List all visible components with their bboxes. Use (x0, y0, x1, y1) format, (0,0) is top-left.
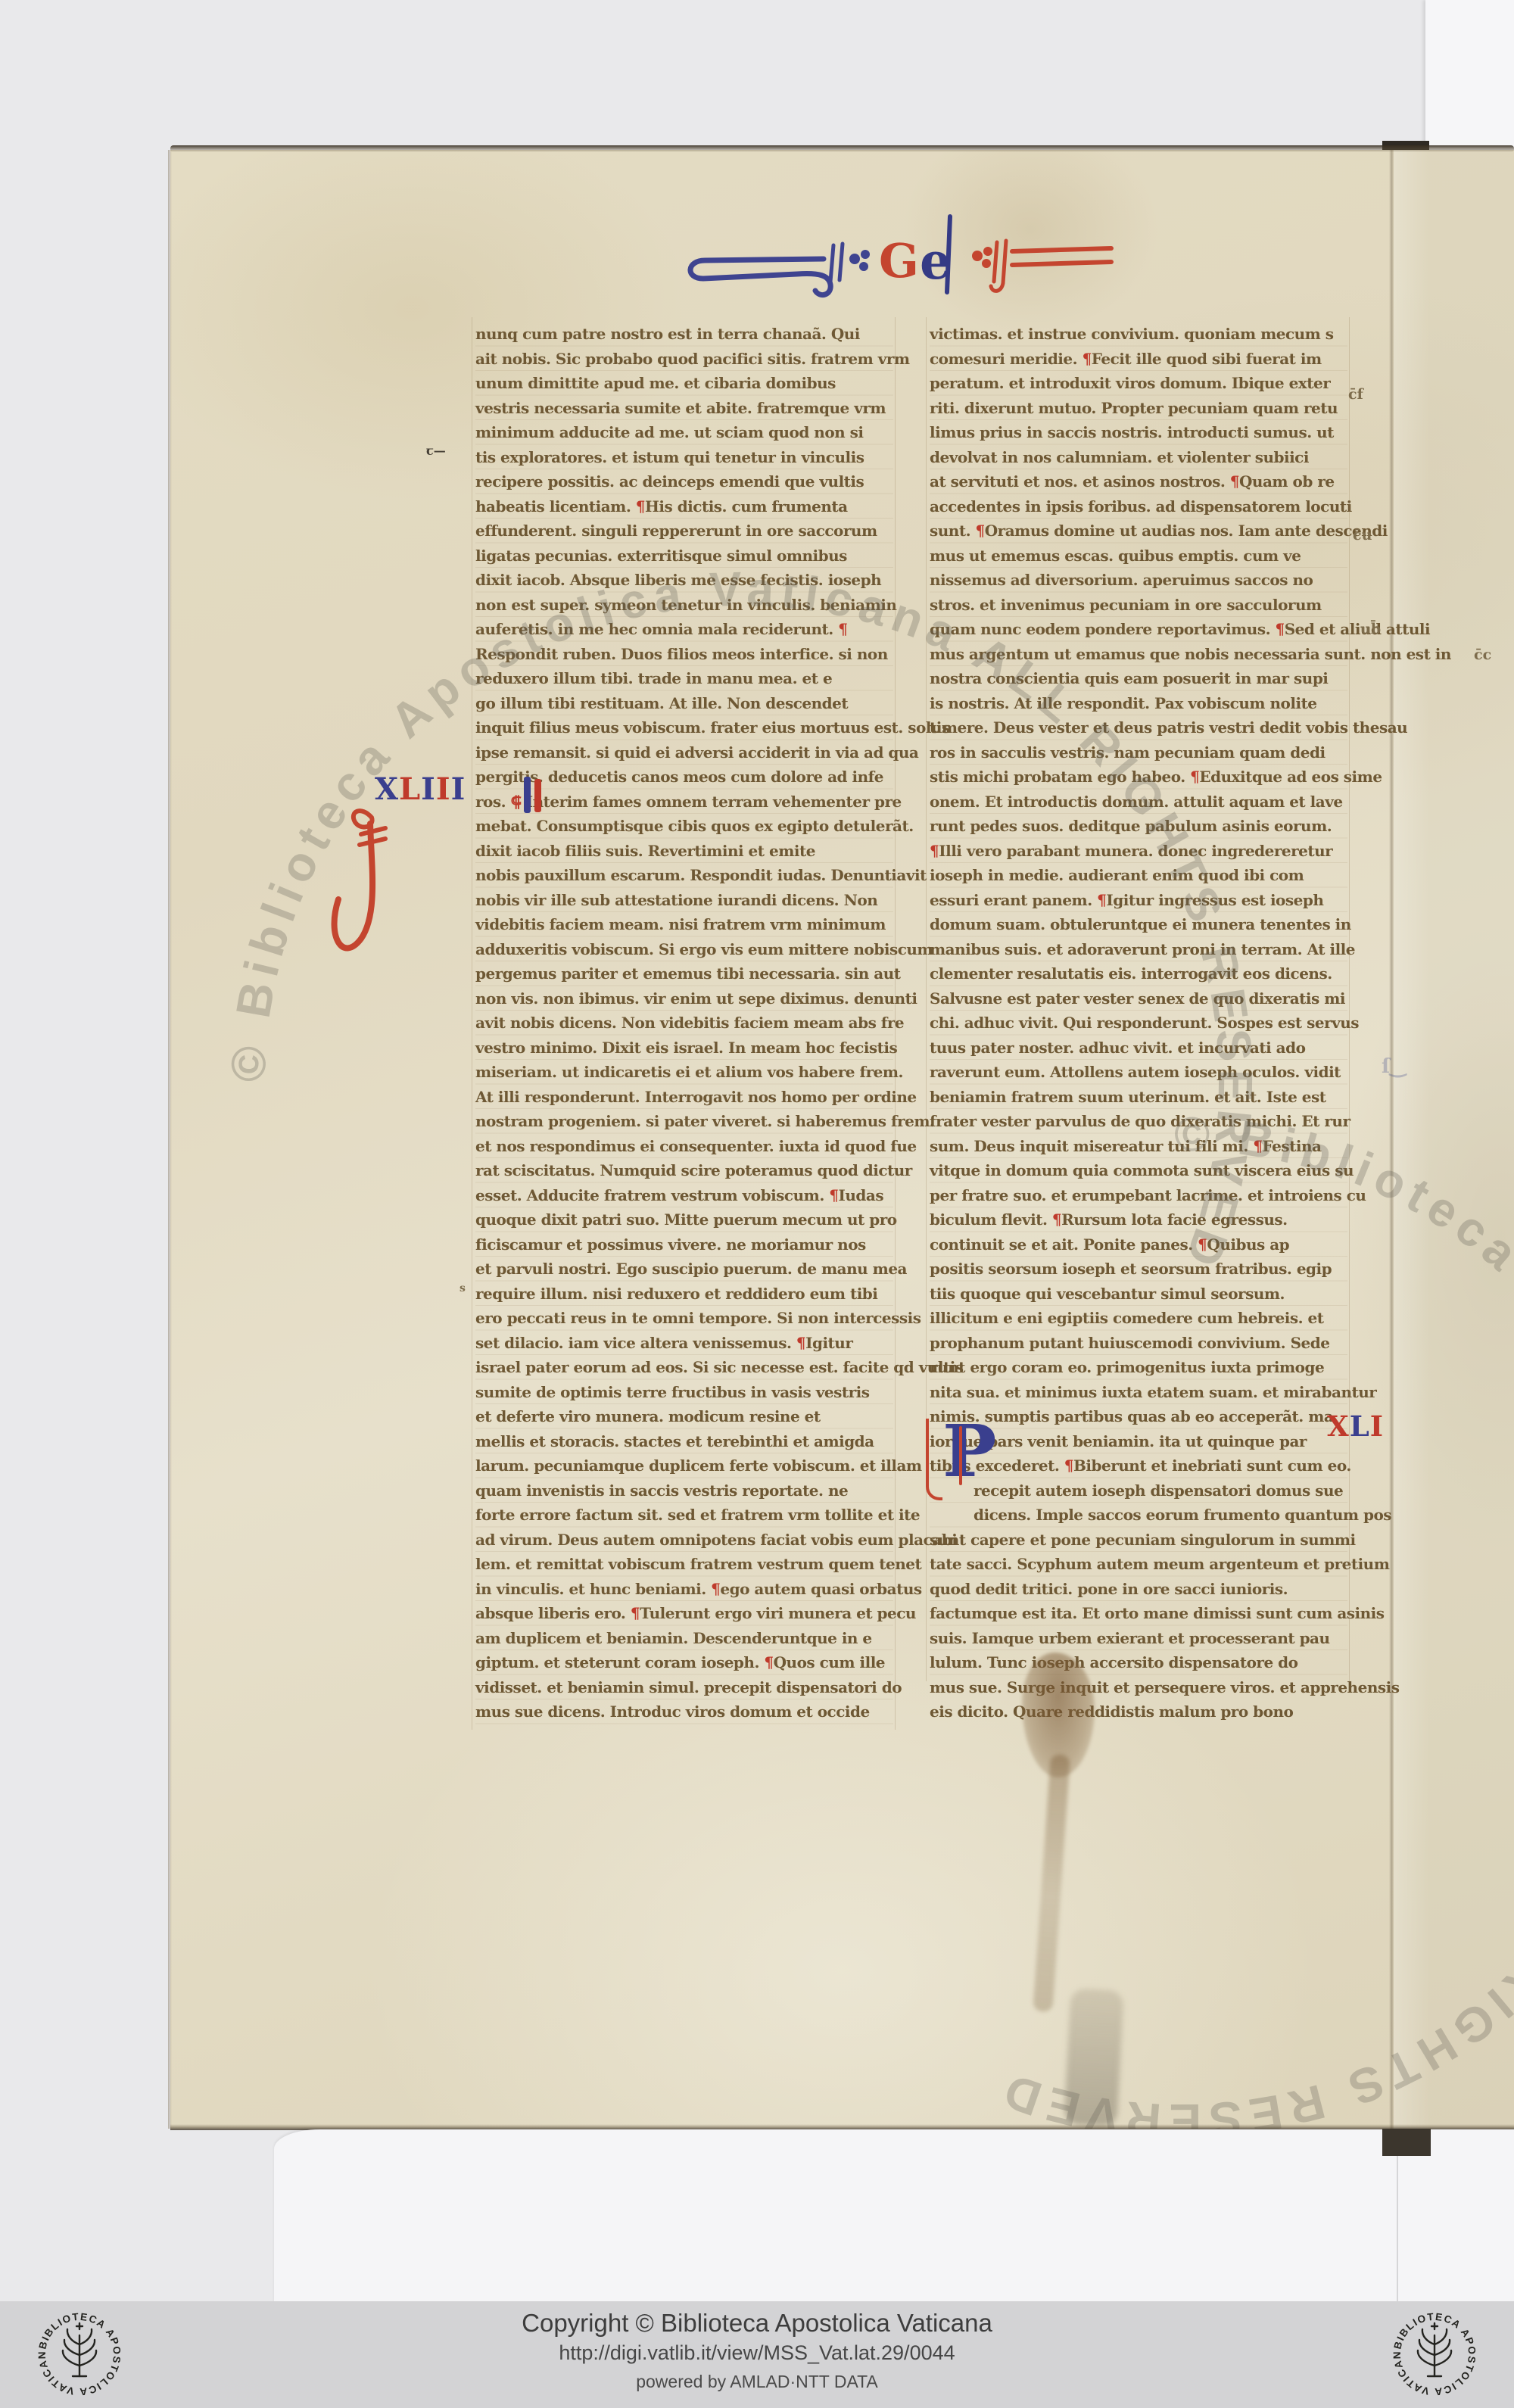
chapter-43-initial-i (522, 777, 548, 815)
svg-text:BIBLIOTECA APOSTOLICA VATICANA: BIBLIOTECA APOSTOLICA VATICANA (32, 2307, 123, 2397)
manuscript-text-line: at servituti et nos. et asinos nostros. … (930, 469, 1347, 494)
manuscript-text-line: frater vester parvulus de quo dixeratis … (930, 1109, 1347, 1134)
margin-gloss-4: c̄c (1474, 646, 1491, 663)
page-left-edge (168, 150, 172, 2129)
manuscript-text-line: ros in sacculis vestris. nam pecuniam qu… (930, 740, 1347, 765)
manuscript-text-line: factumque est ita. Et orto mane dimissi … (930, 1601, 1347, 1626)
manuscript-text-line: sunt. ¶Oramus domine ut audias nos. Iam … (930, 519, 1347, 544)
manuscript-text-line: peratum. et introduxit viros domum. Ibiq… (930, 371, 1347, 396)
manuscript-text-line: nostram progeniem. si pater viveret. si … (475, 1109, 893, 1134)
manuscript-text-line: pergemus pariter et ememus tibi necessar… (475, 961, 893, 986)
manuscript-text-line: stis michi probatam ego habeo. ¶Eduxitqu… (930, 765, 1347, 790)
manuscript-text-line: runt ergo coram eo. primogenitus iuxta p… (930, 1355, 1347, 1380)
page-top-edge (170, 145, 1514, 152)
footer-powered-by: powered by AMLAD·NTT DATA (0, 2372, 1514, 2392)
svg-text:BIBLIOTECA APOSTOLICA VATICANA: BIBLIOTECA APOSTOLICA VATICANA (1387, 2307, 1478, 2397)
manuscript-text-line: in vinculis. et hunc beniami. ¶ego autem… (475, 1577, 893, 1602)
manuscript-text-line: et parvuli nostri. Ego suscipio puerum. … (475, 1257, 893, 1282)
initial-p-red-filigree (959, 1426, 962, 1485)
vatican-library-logo-left: BIBLIOTECA APOSTOLICA VATICANA (32, 2307, 127, 2402)
bleedthrough-mark: ſ‿ (1382, 1055, 1406, 1078)
manuscript-text-line: lem. et remittat vobiscum fratrem vestru… (475, 1552, 893, 1577)
manuscript-text-line: comesuri meridie. ¶Fecit ille quod sibi … (930, 347, 1347, 372)
manuscript-text-line: non est super. symeon tenetur in vinculi… (475, 593, 893, 618)
manuscript-text-line: ficiscamur et possimus vivere. ne moriam… (475, 1232, 893, 1257)
manuscript-text-line: manibus suis. et adoraverunt proni in te… (930, 937, 1347, 962)
manuscript-text-line: ipse remansit. si quid ei adversi accide… (475, 740, 893, 765)
manuscript-text-line: clementer resalutatis eis. interrogavit … (930, 961, 1347, 986)
manuscript-text-line: continuit se et ait. Ponite panes. ¶Quib… (930, 1232, 1347, 1257)
manuscript-text-line: require illum. nisi reduxero et reddider… (475, 1282, 893, 1307)
manuscript-text-line: victimas. et instrue convivium. quoniam … (930, 322, 1347, 347)
text-column-left: nunq cum patre nostro est in terra chana… (475, 322, 893, 1727)
manuscript-text-line: nobis pauxillum escarum. Respondit iudas… (475, 863, 893, 888)
manuscript-text-line: videbitis faciem meam. nisi fratrem vrm … (475, 912, 893, 937)
manuscript-text-line: quam nunc eodem pondere reportavimus. ¶S… (930, 617, 1347, 642)
manuscript-text-line: et nos respondimus ei consequenter. iuxt… (475, 1134, 893, 1159)
manuscript-text-line: nissemus ad diversorium. aperuimus sacco… (930, 568, 1347, 593)
manuscript-text-line: suis. Iamque urbem exierant et processer… (930, 1626, 1347, 1651)
manuscript-text-line: tate sacci. Scyphum autem meum argenteum… (930, 1552, 1347, 1577)
manuscript-text-line: limus prius in saccis nostris. introduct… (930, 420, 1347, 445)
manuscript-text-line: Respondit ruben. Duos filios meos interf… (475, 642, 893, 667)
manuscript-text-line: mellis et storacis. stactes et terebinth… (475, 1429, 893, 1454)
manuscript-text-line: ait nobis. Sic probabo quod pacifici sit… (475, 347, 893, 372)
digitized-manuscript-viewer: G e nunq cum patre nostro est in terra c… (0, 0, 1514, 2408)
manuscript-text-line: eis dicito. Quare reddidistis malum pro … (930, 1699, 1347, 1724)
backing-sheet-top-right (1425, 0, 1514, 149)
manuscript-text-line: nunq cum patre nostro est in terra chana… (475, 322, 893, 347)
manuscript-text-line: am duplicem et beniamin. Descenderuntque… (475, 1626, 893, 1651)
manuscript-text-line: is nostris. At ille respondit. Pax vobis… (930, 691, 1347, 716)
manuscript-text-line: per fratre suo. et erumpebant lacrime. e… (930, 1183, 1347, 1208)
backing-sheet-bottom (274, 2129, 1514, 2303)
manuscript-text-line: quod dedit tritici. pone in ore sacci iu… (930, 1577, 1347, 1602)
manuscript-text-line: dixit iacob filiis suis. Revertimini et … (475, 839, 893, 864)
manuscript-text-line: lulum. Tunc ioseph accersito dispensator… (930, 1650, 1347, 1675)
manuscript-text-line: ligatas pecunias. exterritisque simul om… (475, 544, 893, 569)
manuscript-text-line: avit nobis dicens. Non videbitis faciem … (475, 1011, 893, 1036)
manuscript-text-line: Salvusne est pater vester senex de quo d… (930, 986, 1347, 1011)
manuscript-page: G e nunq cum patre nostro est in terra c… (170, 150, 1514, 2129)
manuscript-text-line: miseriam. ut indicaretis ei et alium vos… (475, 1060, 893, 1085)
manuscript-text-line: positis seorsum ioseph et seorsum fratri… (930, 1257, 1347, 1282)
adjacent-leaf (1394, 150, 1514, 2129)
manuscript-text-line: essuri erant panem. ¶Igitur ingressus es… (930, 888, 1347, 913)
manuscript-text-line: et deferte viro munera. modicum resine e… (475, 1404, 893, 1429)
footer-copyright: Copyright © Biblioteca Apostolica Vatica… (0, 2309, 1514, 2338)
manuscript-text-line: beniamin fratrem suum uterinum. et ait. … (930, 1085, 1347, 1110)
manuscript-text-line: vestris necessaria sumite et abite. frat… (475, 396, 893, 421)
manuscript-text-line: larum. pecuniamque duplicem ferte vobisc… (475, 1453, 893, 1478)
manuscript-text-line: go illum tibi restituam. At ille. Non de… (475, 691, 893, 716)
manuscript-text-line: vestro minimo. Dixit eis israel. In meam… (475, 1036, 893, 1061)
manuscript-text-line: unum dimittite apud me. et cibaria domib… (475, 371, 893, 396)
manuscript-text-line: nostra conscientia quis eam posuerit in … (930, 666, 1347, 691)
chapter-number-xliii: XLIII (375, 774, 466, 805)
manuscript-text-line: sunt capere et pone pecuniam singulorum … (930, 1528, 1347, 1553)
manuscript-text-line: non vis. non ibimus. vir enim ut sepe di… (475, 986, 893, 1011)
manuscript-text-line: vitque in domum quia commota sunt viscer… (930, 1158, 1347, 1183)
manuscript-text-line: sumite de optimis terre fructibus in vas… (475, 1380, 893, 1405)
manuscript-text-line: forte errore factum sit. sed et fratrem … (475, 1503, 893, 1528)
running-title-letter-g: G (879, 233, 919, 288)
manuscript-text-line: mus ut ememus escas. quibus emptis. cum … (930, 544, 1347, 569)
margin-mark-s: s (459, 1282, 466, 1294)
manuscript-text-line: ioseph in medie. audierant enim quod ibi… (930, 863, 1347, 888)
manuscript-text-line: habeatis licentiam. ¶His dictis. cum fru… (475, 494, 893, 519)
manuscript-text-line: biculum flevit. ¶Rursum lota facie egres… (930, 1207, 1347, 1232)
manuscript-text-line: raverunt eum. Attollens autem ioseph ocu… (930, 1060, 1347, 1085)
manuscript-text-line: tuus pater noster. adhuc vivit. et incur… (930, 1036, 1347, 1061)
manuscript-text-line: mus sue. Surge inquit et persequere viro… (930, 1675, 1347, 1700)
margin-gloss-1: c̄f (1348, 386, 1363, 403)
manuscript-text-line: quam invenistis in saccis vestris report… (475, 1478, 893, 1503)
manuscript-text-line: quoque dixit patri suo. Mitte puerum mec… (475, 1207, 893, 1232)
red-paraph-flourish (322, 801, 413, 975)
manuscript-text-line: At illi responderunt. Interrogavit nos h… (475, 1085, 893, 1110)
manuscript-text-line: adduxeritis vobiscum. Si ergo vis eum mi… (475, 937, 893, 962)
manuscript-text-line: auferetis. in me hec omnia mala recideru… (475, 617, 893, 642)
vatican-library-logo-right: BIBLIOTECA APOSTOLICA VATICANA (1387, 2307, 1482, 2402)
manuscript-text-line: inquit filius meus vobiscum. frater eius… (475, 715, 893, 740)
manuscript-text-line: sum. Deus inquit misereatur tui fili mi.… (930, 1134, 1347, 1159)
manuscript-text-line: stros. et invenimus pecuniam in ore sacc… (930, 593, 1347, 618)
manuscript-text-line: tis exploratores. et istum qui tenetur i… (475, 445, 893, 470)
footer-bar: Copyright © Biblioteca Apostolica Vatica… (0, 2301, 1514, 2408)
margin-gloss-3: ub̄ (1360, 621, 1381, 637)
chapter-number-xli: XLI (1327, 1413, 1384, 1441)
manuscript-text-line: chi. adhuc vivit. Qui responderunt. Sosp… (930, 1011, 1347, 1036)
manuscript-text-line: prophanum putant huiuscemodi convivium. … (930, 1331, 1347, 1356)
manuscript-text-line: ero peccati reus in te omni tempore. Si … (475, 1306, 893, 1331)
manuscript-text-line: timere. Deus vester et deus patris vestr… (930, 715, 1347, 740)
manuscript-text-line: ¶Illi vero parabant munera. donec ingred… (930, 839, 1347, 864)
margin-mark-left: ꞇ— (426, 444, 446, 458)
manuscript-text-line: dixit iacob. Absque liberis me esse feci… (475, 568, 893, 593)
manuscript-text-line: domum suam. obtuleruntque ei munera tene… (930, 912, 1347, 937)
manuscript-text-line: minimum adducite ad me. ut sciam quod no… (475, 420, 893, 445)
manuscript-text-line: ad virum. Deus autem omnipotens faciat v… (475, 1528, 893, 1553)
manuscript-text-line: riti. dixerunt mutuo. Propter pecuniam q… (930, 396, 1347, 421)
gutter-fold-line (1389, 150, 1394, 2129)
footer-url: http://digi.vatlib.it/view/MSS_Vat.lat.2… (0, 2341, 1514, 2365)
manuscript-text-line: nobis vir ille sub attestatione iurandi … (475, 888, 893, 913)
manuscript-text-line: accedentes in ipsis foribus. ad dispensa… (930, 494, 1347, 519)
parchment-stain-foot (1064, 1988, 1123, 2126)
binding-notch-bottom (1382, 2129, 1431, 2156)
manuscript-text-line: recipere possitis. ac deinceps emendi qu… (475, 469, 893, 494)
manuscript-text-line: mus sue dicens. Introduc viros domum et … (475, 1699, 893, 1724)
manuscript-text-line: tiis quoque qui vescebantur simul seorsu… (930, 1282, 1347, 1307)
manuscript-text-line: vidisset. et beniamin simul. precepit di… (475, 1675, 893, 1700)
manuscript-text-line: absque liberis ero. ¶Tulerunt ergo viri … (475, 1601, 893, 1626)
manuscript-text-line: mebat. Consumptisque cibis quos ex egipt… (475, 814, 893, 839)
manuscript-text-line: nita sua. et minimus iuxta etatem suam. … (930, 1380, 1347, 1405)
manuscript-text-line: runt pedes suos. deditque pabulum asinis… (930, 814, 1347, 839)
running-title-ornament: G e (676, 212, 1115, 303)
manuscript-text-line: reduxero illum tibi. trade in manu mea. … (475, 666, 893, 691)
backing-sheet-seam (1397, 2139, 1398, 2303)
manuscript-text-line: illicitum e eni egiptiis comedere cum he… (930, 1306, 1347, 1331)
manuscript-text-line: effunderent. singuli reppererunt in ore … (475, 519, 893, 544)
manuscript-text-line: giptum. et steterunt coram ioseph. ¶Quos… (475, 1650, 893, 1675)
chapter-44-initial-p: P (942, 1416, 1003, 1506)
parchment-stain-tail (1033, 1754, 1070, 2012)
manuscript-text-line: onem. Et introductis domum. attulit aqua… (930, 790, 1347, 815)
manuscript-text-line: devolvat in nos calumniam. et violenter … (930, 445, 1347, 470)
manuscript-text-line: set dilacio. iam vice altera venissemus.… (475, 1331, 893, 1356)
manuscript-text-line: rat sciscitatus. Numquid scire poteramus… (475, 1158, 893, 1183)
manuscript-text-line: israel pater eorum ad eos. Si sic necess… (475, 1355, 893, 1380)
margin-gloss-2: c̄u (1353, 527, 1372, 544)
initial-p-red-flourish (926, 1419, 942, 1500)
manuscript-text-line: esset. Adducite fratrem vestrum vobiscum… (475, 1183, 893, 1208)
manuscript-text-line: mus argentum ut emamus que nobis necessa… (930, 642, 1347, 667)
